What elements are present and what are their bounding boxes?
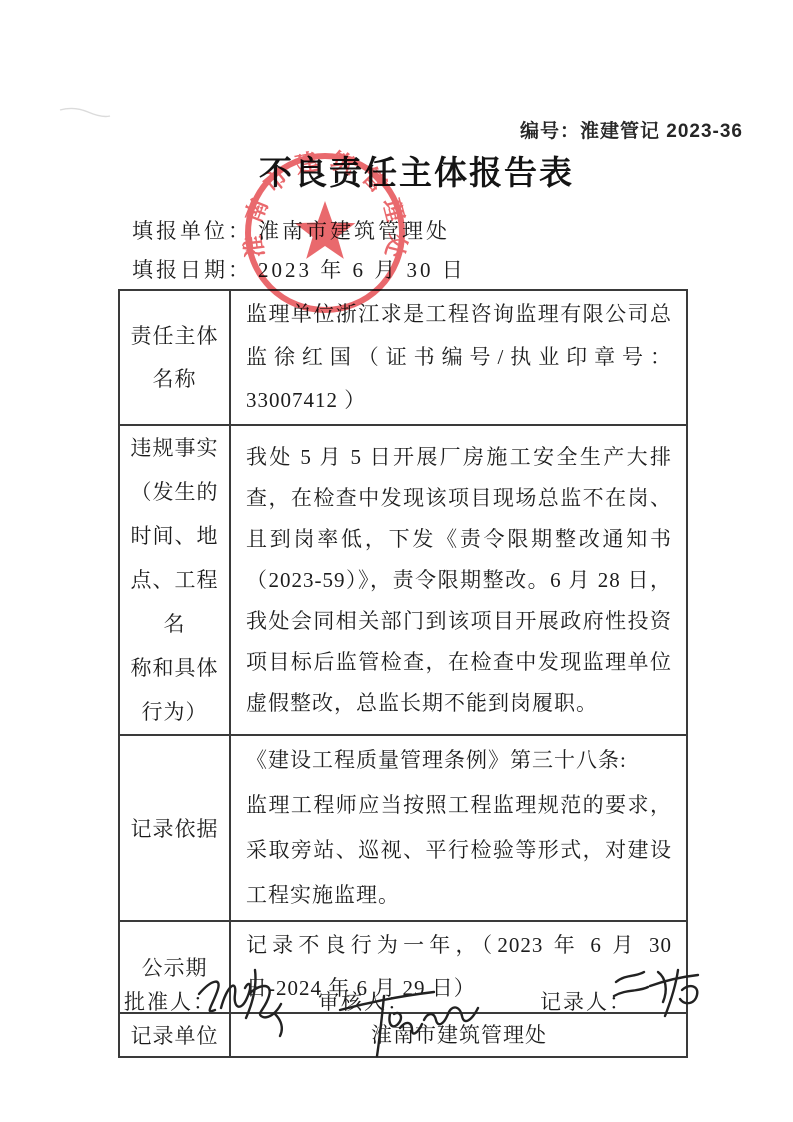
seal-star-icon xyxy=(295,201,356,259)
label-line: （发生的 xyxy=(122,470,227,514)
row-label-record-basis: 记录依据 xyxy=(119,735,230,921)
recorder-signature xyxy=(606,964,714,1026)
table-row-record-basis: 记录依据 《建设工程质量管理条例》第三十八条: 监理工程师应当按照工程监理规范的… xyxy=(119,735,687,921)
label-line: 称和具体 xyxy=(122,646,227,690)
row-label-violation-facts: 违规事实 （发生的 时间、地 点、工程名 称和具体 行为） xyxy=(119,425,230,735)
content-paragraph: 我处 5 月 5 日开展厂房施工安全生产大排查，在检查中发现该项目现场总监不在岗… xyxy=(246,437,672,724)
report-table: 责任主体 名称 监理单位浙江求是工程咨询监理有限公司总监徐红国（证书编号/执业印… xyxy=(118,289,688,1058)
row-content-record-basis: 《建设工程质量管理条例》第三十八条: 监理工程师应当按照工程监理规范的要求，采取… xyxy=(230,735,687,921)
content-paragraph: 《建设工程质量管理条例》第三十八条: xyxy=(246,738,672,783)
doc-number: 编号：淮建管记 2023-36 xyxy=(520,116,743,143)
content-paragraph: 监理工程师应当按照工程监理规范的要求，采取旁站、巡视、平行检验等形式，对建设工程… xyxy=(246,783,672,918)
label-line: 名称 xyxy=(122,358,227,401)
label-line: 责任主体 xyxy=(122,315,227,358)
fill-unit-label: 填报单位： xyxy=(132,219,252,243)
row-label-responsible-subject: 责任主体 名称 xyxy=(119,290,230,425)
label-line: 记录依据 xyxy=(122,813,227,843)
label-line: 时间、地 xyxy=(122,514,227,558)
label-line: 行为） xyxy=(122,690,227,734)
scan-artifact-mark xyxy=(58,104,113,122)
label-line: 违规事实 xyxy=(122,426,227,470)
report-page: 编号：淮建管记 2023-36 不良责任主体报告表 填报单位：淮南市建筑管理处 … xyxy=(0,0,793,1122)
row-content-violation-facts: 我处 5 月 5 日开展厂房施工安全生产大排查，在检查中发现该项目现场总监不在岗… xyxy=(230,425,687,735)
approver-signature xyxy=(193,960,293,1038)
table-row-violation-facts: 违规事实 （发生的 时间、地 点、工程名 称和具体 行为） 我处 5 月 5 日… xyxy=(119,425,687,735)
reviewer-signature xyxy=(336,982,481,1058)
label-line: 点、工程名 xyxy=(122,558,227,646)
fill-date-label: 填报日期： xyxy=(132,258,252,282)
official-seal: 淮南市建筑管理处 xyxy=(240,148,410,318)
